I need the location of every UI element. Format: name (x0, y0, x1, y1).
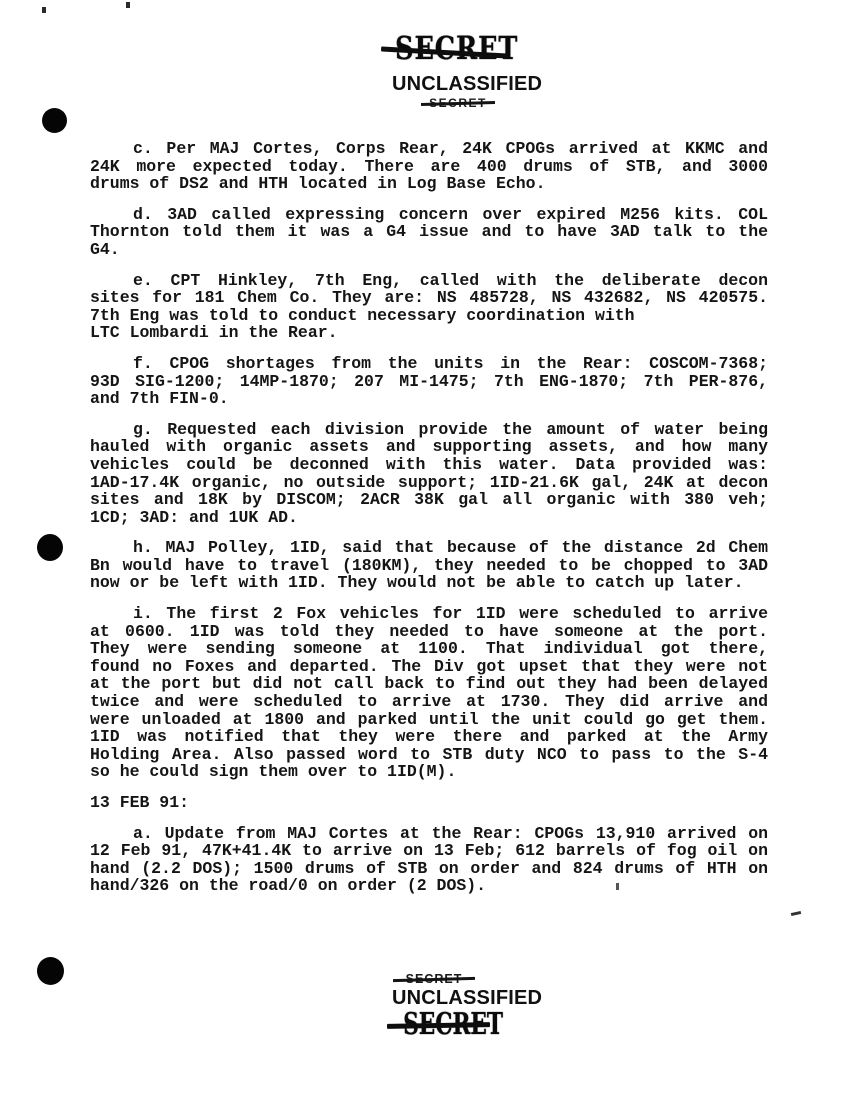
text-line: c. Per MAJ Cortes, Corps Rear, 24K CPOGs… (90, 140, 768, 158)
text-line: h. MAJ Polley, 1ID, said that because of… (90, 539, 768, 557)
paragraph: f. CPOG shortages from the units in the … (90, 355, 768, 408)
document-body: c. Per MAJ Cortes, Corps Rear, 24K CPOGs… (90, 140, 768, 908)
text-line: so he could sign them over to 1ID(M). (90, 763, 768, 781)
paragraph: d. 3AD called expressing concern over ex… (90, 206, 768, 259)
paragraph: c. Per MAJ Cortes, Corps Rear, 24K CPOGs… (90, 140, 768, 193)
text-line: at the port but did not call back to fin… (90, 675, 768, 693)
text-line: sites for 181 Chem Co. They are: NS 4857… (90, 289, 768, 307)
text-line: found no Foxes and departed. The Div got… (90, 658, 768, 676)
paragraph: g. Requested each division provide the a… (90, 421, 768, 527)
scan-speck (126, 2, 130, 8)
paragraph: h. MAJ Polley, 1ID, said that because of… (90, 539, 768, 592)
hole-punch-dot (37, 957, 64, 985)
text-line: Holding Area. Also passed word to STB du… (90, 746, 768, 764)
unclassified-marking-top: UNCLASSIFIED (392, 73, 532, 96)
text-line: twice and were scheduled to arrive at 17… (90, 693, 768, 711)
date-heading: 13 FEB 91: (90, 794, 768, 812)
struck-secret-small-top: SECRET (426, 96, 490, 110)
text-line: Thornton told them it was a G4 issue and… (90, 223, 768, 241)
text-line: a. Update from MAJ Cortes at the Rear: C… (90, 825, 768, 843)
scan-speck (42, 7, 46, 13)
text-line: 12 Feb 91, 47K+41.4K to arrive on 13 Feb… (90, 842, 768, 860)
paragraph: a. Update from MAJ Cortes at the Rear: C… (90, 825, 768, 895)
paragraph: e. CPT Hinkley, 7th Eng, called with the… (90, 272, 768, 342)
text-line: 1ID was notified that they were there an… (90, 728, 768, 746)
hole-punch-dot (37, 534, 63, 561)
text-line: 93D SIG-1200; 14MP-1870; 207 MI-1475; 7t… (90, 373, 768, 391)
text-line: hand/326 on the road/0 on order (2 DOS). (90, 877, 768, 895)
text-line: Bn would have to travel (180KM), they ne… (90, 557, 768, 575)
text-line: G4. (90, 241, 768, 259)
text-line: vehicles could be deconned with this wat… (90, 456, 768, 474)
text-line: at 0600. 1ID was told they needed to hav… (90, 623, 768, 641)
scan-speck (791, 911, 801, 916)
scanned-document-page: SECRET UNCLASSIFIED SECRET c. Per MAJ Co… (0, 0, 850, 1107)
struck-secret-small-bottom: SECRET (398, 972, 470, 986)
text-line: e. CPT Hinkley, 7th Eng, called with the… (90, 272, 768, 290)
text-line: drums of DS2 and HTH located in Log Base… (90, 175, 768, 193)
text-line: and 7th FIN-0. (90, 390, 768, 408)
text-line: hand (2.2 DOS); 1500 drums of STB on ord… (90, 860, 768, 878)
text-line: LTC Lombardi in the Rear. (90, 324, 768, 342)
text-line: were unloaded at 1800 and parked until t… (90, 711, 768, 729)
text-line: hauled with organic assets and supportin… (90, 438, 768, 456)
paragraph: i. The first 2 Fox vehicles for 1ID were… (90, 605, 768, 781)
text-line: now or be left with 1ID. They would not … (90, 574, 768, 592)
text-line: 7th Eng was told to conduct necessary co… (90, 307, 768, 325)
text-line: f. CPOG shortages from the units in the … (90, 355, 768, 373)
text-line: 1AD-17.4K organic, no outside support; 1… (90, 474, 768, 492)
text-line: sites and 18K by DISCOM; 2ACR 38K gal al… (90, 491, 768, 509)
text-line: i. The first 2 Fox vehicles for 1ID were… (90, 605, 768, 623)
text-line: g. Requested each division provide the a… (90, 421, 768, 439)
text-line: d. 3AD called expressing concern over ex… (90, 206, 768, 224)
hole-punch-dot (42, 108, 67, 133)
text-line: They were sending someone at 1100. That … (90, 640, 768, 658)
text-line: 1CD; 3AD: and 1UK AD. (90, 509, 768, 527)
text-line: 24K more expected today. There are 400 d… (90, 158, 768, 176)
